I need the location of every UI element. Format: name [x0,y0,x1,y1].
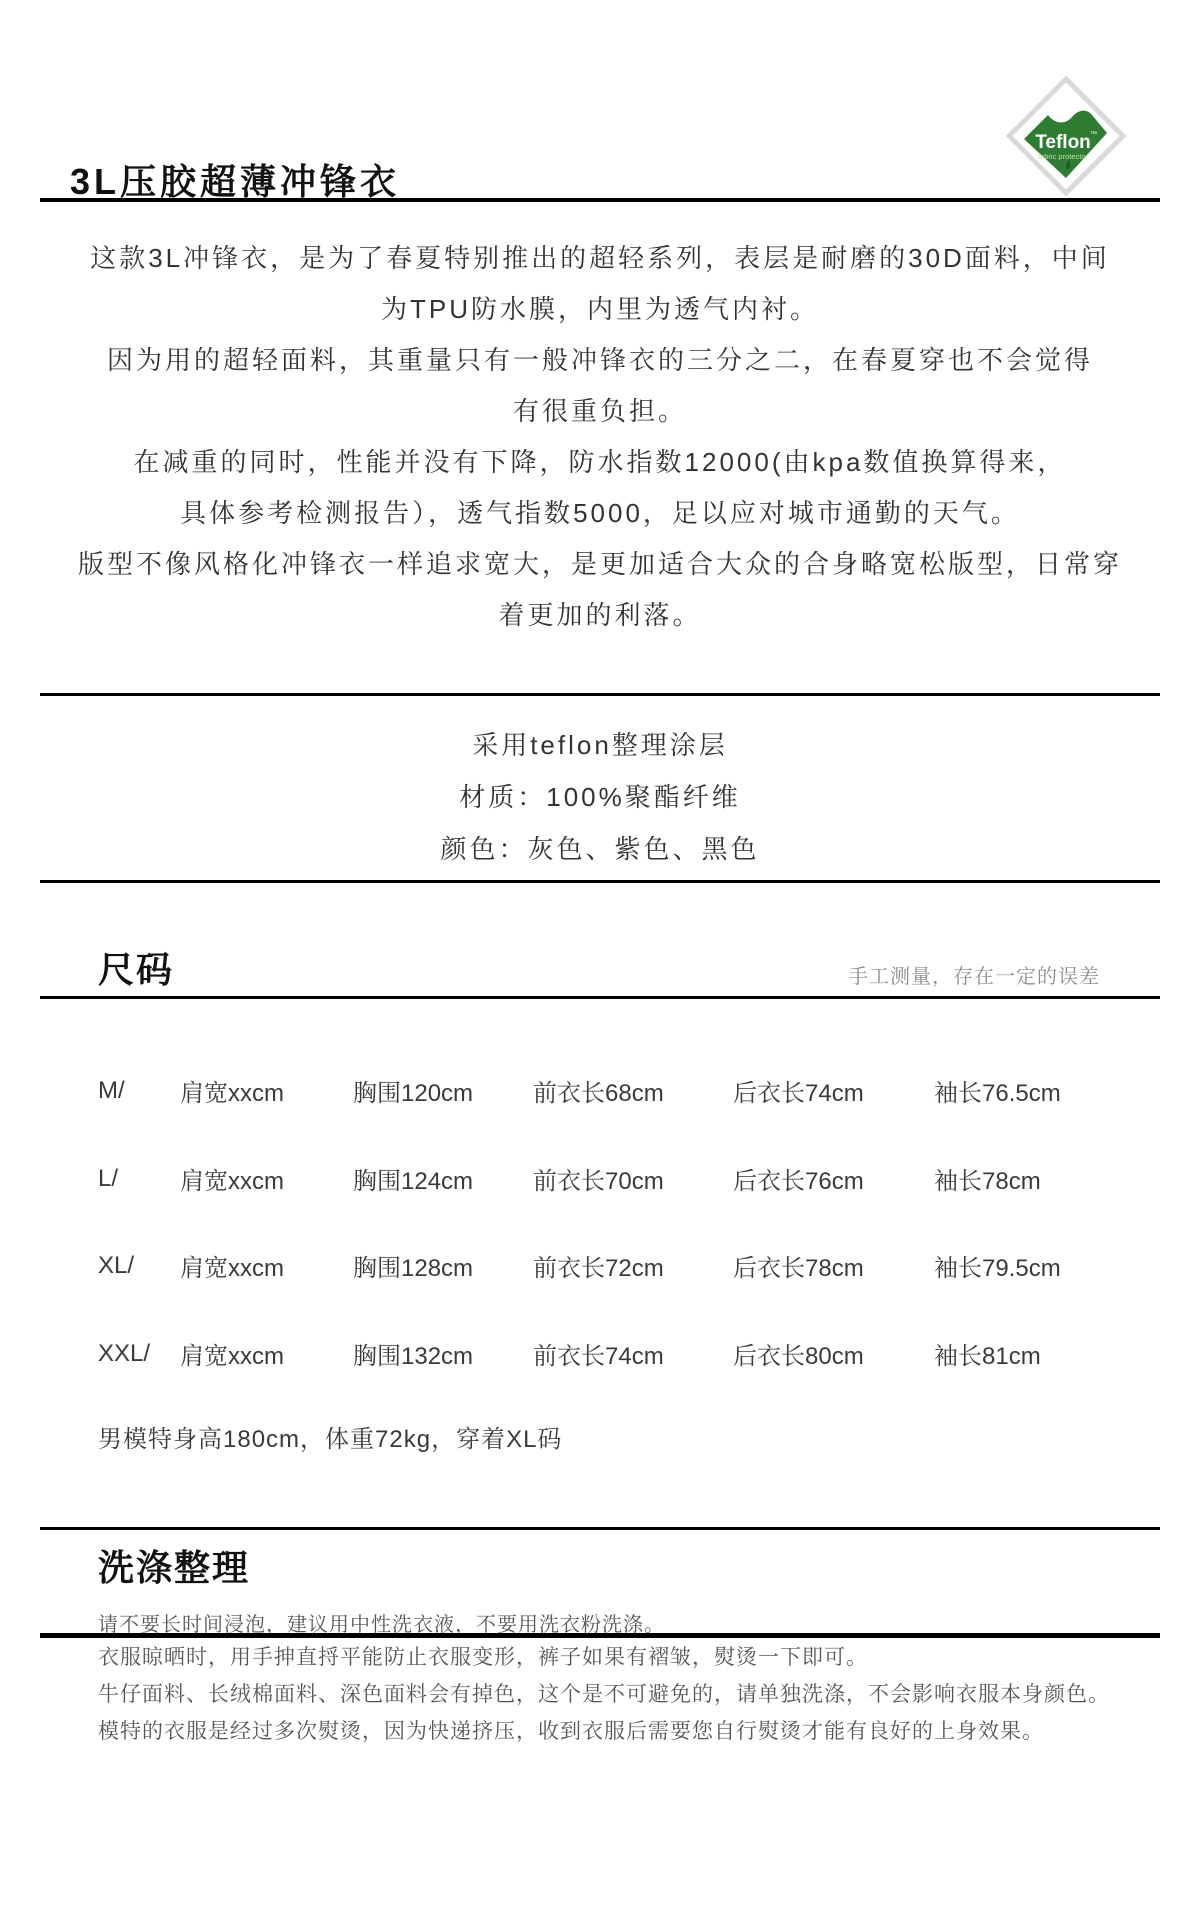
teflon-tm-mark: ™ [1090,131,1097,138]
description-line: 具体参考检测报告），透气指数5000，足以应对城市通勤的天气。 [40,488,1160,539]
product-description: 这款3L冲锋衣，是为了春夏特别推出的超轻系列，表层是耐磨的30D面料，中间 为T… [40,233,1160,641]
front-length: 前衣长72cm [533,1248,733,1283]
divider-above-materials [40,693,1160,696]
care-note-line: 牛仔面料、长绒棉面料、深色面料会有掉色，这个是不可避免的，请单独洗涤，不会影响衣… [98,1676,1168,1713]
size-table-row-xl: XL/ 肩宽xxcm 胸围128cm 前衣长72cm 后衣长78cm 袖长79.… [98,1248,1160,1276]
description-line: 有很重负担。 [40,386,1160,437]
front-length: 前衣长74cm [533,1336,733,1371]
chest-measure: 胸围120cm [353,1073,533,1108]
description-line: 为TPU防水膜，内里为透气内衬。 [40,284,1160,335]
description-line: 着更加的利落。 [40,590,1160,641]
size-table-row-xxl: XXL/ 肩宽xxcm 胸围132cm 前衣长74cm 后衣长80cm 袖长81… [98,1336,1160,1364]
sleeve-length: 袖长79.5cm [934,1248,1160,1283]
description-line: 版型不像风格化冲锋衣一样追求宽大，是更加适合大众的合身略宽松版型，日常穿 [40,539,1160,590]
care-note-line: 模特的衣服是经过多次熨烫，因为快递挤压，收到衣服后需要您自行熨烫才能有良好的上身… [98,1713,1168,1750]
size-section-heading: 尺码 [98,942,174,993]
size-label: XXL/ [98,1340,180,1368]
front-length: 前衣长70cm [533,1161,733,1196]
shoulder-width: 肩宽xxcm [180,1161,353,1196]
model-info: 男模特身高180cm，体重72kg，穿着XL码 [98,1419,562,1454]
teflon-diamond-icon: Teflon ™ fabric protector [1006,76,1126,196]
back-length: 后衣长76cm [733,1161,934,1196]
teflon-logo: Teflon ™ fabric protector [1006,76,1126,196]
material-info: 采用teflon整理涂层 材质：100%聚酯纤维 颜色：灰色、紫色、黑色 [40,719,1160,875]
divider-above-care [40,1527,1160,1530]
size-table-row-l: L/ 肩宽xxcm 胸围124cm 前衣长70cm 后衣长76cm 袖长78cm [98,1161,1160,1189]
material-coating-line: 采用teflon整理涂层 [40,719,1160,771]
measurement-note: 手工测量，存在一定的误差 [848,960,1100,989]
sleeve-length: 袖长76.5cm [934,1073,1160,1108]
divider-below-materials [40,880,1160,883]
divider-under-title [40,198,1160,202]
chest-measure: 胸围132cm [353,1336,533,1371]
care-notes: 衣服晾晒时，用手抻直捋平能防止衣服变形，裤子如果有褶皱，熨烫一下即可。 牛仔面料… [98,1639,1168,1750]
chest-measure: 胸围124cm [353,1161,533,1196]
size-label: XL/ [98,1252,180,1280]
front-length: 前衣长68cm [533,1073,733,1108]
sleeve-length: 袖长78cm [934,1161,1160,1196]
material-fabric-line: 材质：100%聚酯纤维 [40,771,1160,823]
back-length: 后衣长74cm [733,1073,934,1108]
back-length: 后衣长78cm [733,1248,934,1283]
care-section-heading: 洗涤整理 [98,1540,250,1591]
size-label: L/ [98,1165,180,1193]
back-length: 后衣长80cm [733,1336,934,1371]
product-detail-page: 3L压胶超薄冲锋衣 Teflon ™ fabric protector 这款3L… [0,0,1200,1920]
size-table-row-m: M/ 肩宽xxcm 胸围120cm 前衣长68cm 后衣长74cm 袖长76.5… [98,1073,1160,1101]
chest-measure: 胸围128cm [353,1248,533,1283]
size-label: M/ [98,1077,180,1105]
description-line: 这款3L冲锋衣，是为了春夏特别推出的超轻系列，表层是耐磨的30D面料，中间 [40,233,1160,284]
divider-under-size-heading [40,996,1160,999]
description-line: 在减重的同时，性能并没有下降，防水指数12000(由kpa数值换算得来， [40,437,1160,488]
sleeve-length: 袖长81cm [934,1336,1160,1371]
shoulder-width: 肩宽xxcm [180,1248,353,1283]
shoulder-width: 肩宽xxcm [180,1336,353,1371]
divider-within-care [40,1633,1160,1638]
teflon-subtitle-text: fabric protector [1038,152,1089,161]
material-colors-line: 颜色：灰色、紫色、黑色 [40,823,1160,875]
teflon-brand-text: Teflon [1035,132,1091,153]
shoulder-width: 肩宽xxcm [180,1073,353,1108]
description-line: 因为用的超轻面料，其重量只有一般冲锋衣的三分之二，在春夏穿也不会觉得 [40,335,1160,386]
care-note-line: 衣服晾晒时，用手抻直捋平能防止衣服变形，裤子如果有褶皱，熨烫一下即可。 [98,1639,1168,1676]
